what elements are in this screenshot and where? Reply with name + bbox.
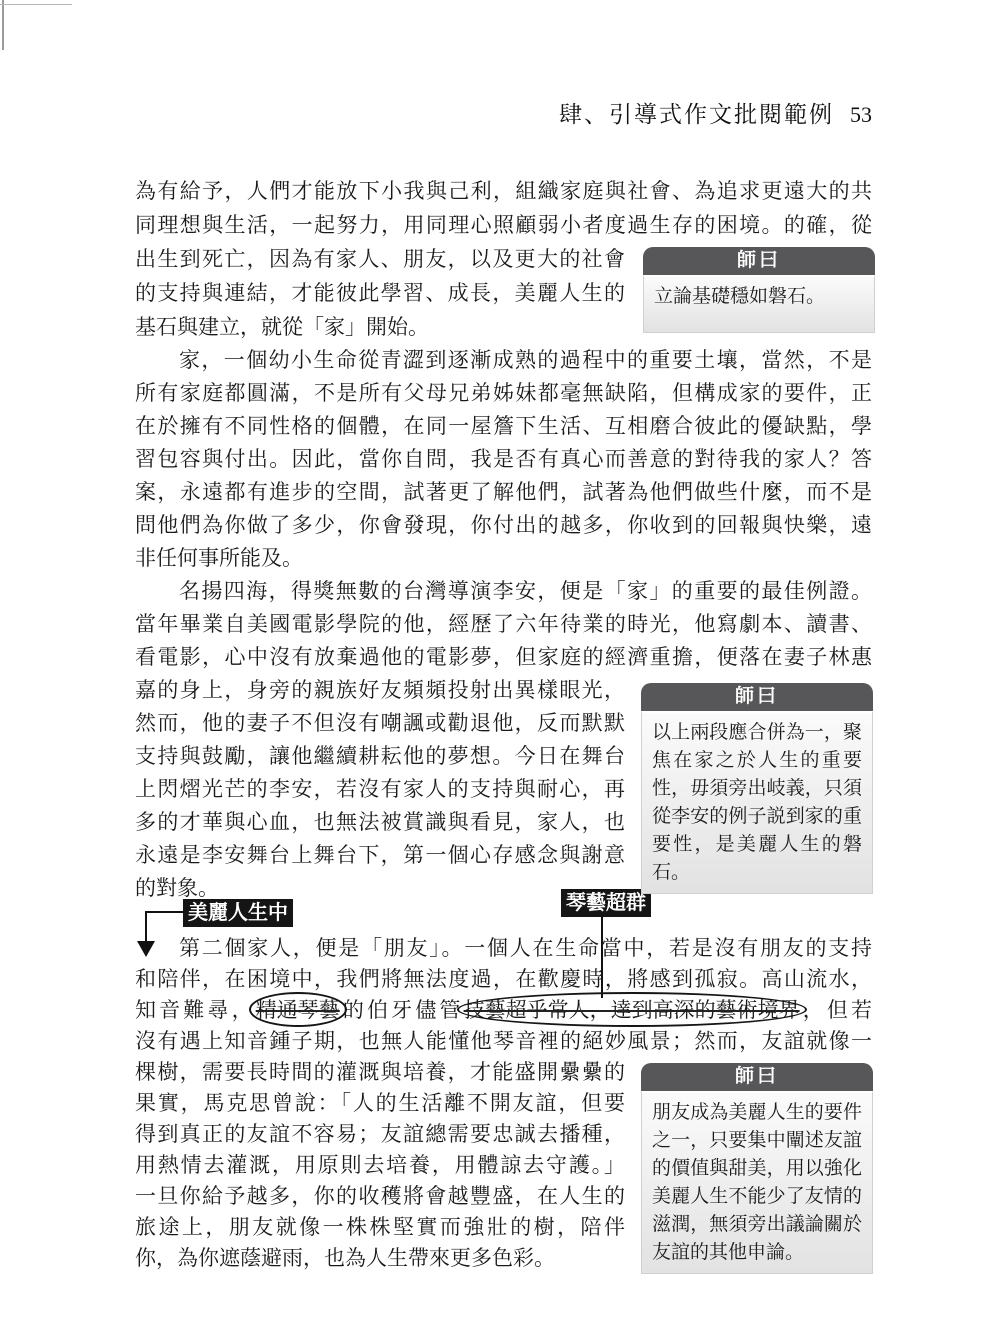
teacher-box-header: 師曰 [643,247,875,275]
book-page: 肆、引導式作文批閱範例53 為有給予，人們才能放下小我與己利，組織家庭與社會、為… [0,0,1000,1338]
teacher-comment-box-2: 師曰 以上兩段應合併為一，聚焦在家之於人生的重要性，毋須旁出岐義，只須從李安的例… [641,683,873,862]
arrow-line-horizontal [146,911,184,913]
crop-mark-horizontal [0,4,72,5]
teacher-box-comment: 朋友成為美麗人生的要件之一，只要集中闡述友誼的價值與甜美，用以強化美麗人生不能少… [641,1091,873,1274]
teacher-comment-box-3: 師曰 朋友成為美麗人生的要件之一，只要集中闡述友誼的價值與甜美，用以強化美麗人生… [641,1063,873,1265]
text-line: 名揚四海，得獎無數的台灣導演李安，便是「家」的重要的最佳例證。 [135,575,872,608]
page-number: 53 [850,102,872,127]
text-line: 同理想與生活，一起努力，用同理心照顧弱小者度過生存的困境。的確，從 [135,208,872,242]
text-line: 當年畢業自美國電影學院的他，經歷了六年待業的時光，他寫劇本、讀書、 [135,608,872,641]
text-line: 問他們為你做了多少，你會發現，你付出的越多，你收到的回報與快樂，遠 [135,509,872,542]
text-line: 你，為你遮蔭避雨，也為人生帶來更多色彩。 [135,1243,625,1274]
chapter-title: 肆、引導式作文批閱範例 [559,102,834,127]
circled-deleted-text-2: 技藝超乎常人，達到高深的藝術境界 [464,995,800,1026]
text-line: 旅途上，朋友就像一株株堅實而強壯的樹，陪伴 [135,1212,625,1243]
crop-mark-vertical [2,0,4,50]
text-line: 果實，馬克思曾說：「人的生活離不開友誼，但要 [135,1088,625,1119]
text-line: 出生到死亡，因為有家人、朋友，以及更大的社會 [135,242,625,276]
text-line-with-corrections: 知音難尋，精通琴藝的伯牙儘管技藝超乎常人，達到高深的藝術境界，但若 [135,995,872,1026]
text-line: 和陪伴，在困境中，我們將無法度過，在歡慶時，將感到孤寂。高山流水， [135,964,872,995]
teacher-box-header: 師曰 [641,683,873,711]
text-segment: 技藝超乎常人，達到高深的藝術境界 [464,998,800,1022]
text-segment: 精通琴藝 [256,998,340,1022]
text-line: 的支持與連結，才能彼此學習、成長，美麗人生的 [135,276,625,310]
margin-label-beautiful-life: 美麗人生中 [183,899,293,927]
teacher-box-comment: 以上兩段應合併為一，聚焦在家之於人生的重要性，毋須旁出岐義，只須從李安的例子説到… [641,711,873,894]
text-line: 家，一個幼小生命從青澀到逐漸成熟的過程中的重要土壤，當然，不是 [135,344,872,377]
text-line: 上閃熠光芒的李安，若沒有家人的支持與耐心，再 [135,773,625,806]
teacher-box-header: 師曰 [641,1063,873,1091]
circled-deleted-text-1: 精通琴藝 [256,995,340,1026]
text-line: 多的才華與心血，也無法被賞識與看見，家人，也 [135,806,625,839]
teacher-box-comment: 立論基礎穩如磐石。 [643,275,875,333]
paragraph-2: 家，一個幼小生命從青澀到逐漸成熟的過程中的重要土壤，當然，不是 所有家庭都圓滿，… [135,344,872,575]
text-line: 非任何事所能及。 [135,542,872,575]
text-line: 為有給予，人們才能放下小我與己利，組織家庭與社會、為追求更遠大的共 [135,174,872,208]
text-line: 得到真正的友誼不容易；友誼總需要忠誠去播種， [135,1119,625,1150]
text-line: 基石與建立，就從「家」開始。 [135,310,625,344]
text-line: 嘉的身上，身旁的親族好友頻頻投射出異樣眼光， [135,674,625,707]
text-line: 然而，他的妻子不但沒有嘲諷或勸退他，反而默默 [135,707,625,740]
text-line: 用熱情去灌溉，用原則去培養，用體諒去守護。」 [135,1150,625,1181]
text-segment: ，但若 [800,998,872,1022]
text-line: 看電影，心中沒有放棄過他的電影夢，但家庭的經濟重擔，便落在妻子林惠 [135,641,872,674]
text-line: 一旦你給予越多，你的收穫將會越豐盛，在人生的 [135,1181,625,1212]
text-line: 支持與鼓勵，讓他繼續耕耘他的夢想。今日在舞台 [135,740,625,773]
running-head: 肆、引導式作文批閱範例53 [559,96,872,129]
teacher-comment-box-1: 師曰 立論基礎穩如磐石。 [643,247,875,333]
text-line: 習包容與付出。因此，當你自問，我是否有真心而善意的對待我的家人？答 [135,443,872,476]
text-segment: 知音難尋， [135,998,256,1022]
margin-label-qin-skill: 琴藝超群 [561,889,651,917]
text-line: 案，永遠都有進步的空間，試著更了解他們，試著為他們做些什麼，而不是 [135,476,872,509]
text-line: 第二個家人，便是「朋友」。一個人在生命當中，若是沒有朋友的支持 [135,933,872,964]
text-line: 所有家庭都圓滿，不是所有父母兄弟姊妹都毫無缺陷，但構成家的要件，正 [135,377,872,410]
text-line: 棵樹，需要長時間的灌溉與培養，才能盛開纍纍的 [135,1057,625,1088]
text-segment: 的伯牙儘管 [340,998,464,1022]
text-line: 在於擁有不同性格的個體，在同一屋簷下生活、互相磨合彼此的優缺點，學 [135,410,872,443]
text-line: 沒有遇上知音鍾子期，也無人能懂他琴音裡的絕妙風景；然而，友誼就像一 [135,1026,872,1057]
text-line: 永遠是李安舞台上舞台下，第一個心存感念與謝意 [135,839,625,872]
